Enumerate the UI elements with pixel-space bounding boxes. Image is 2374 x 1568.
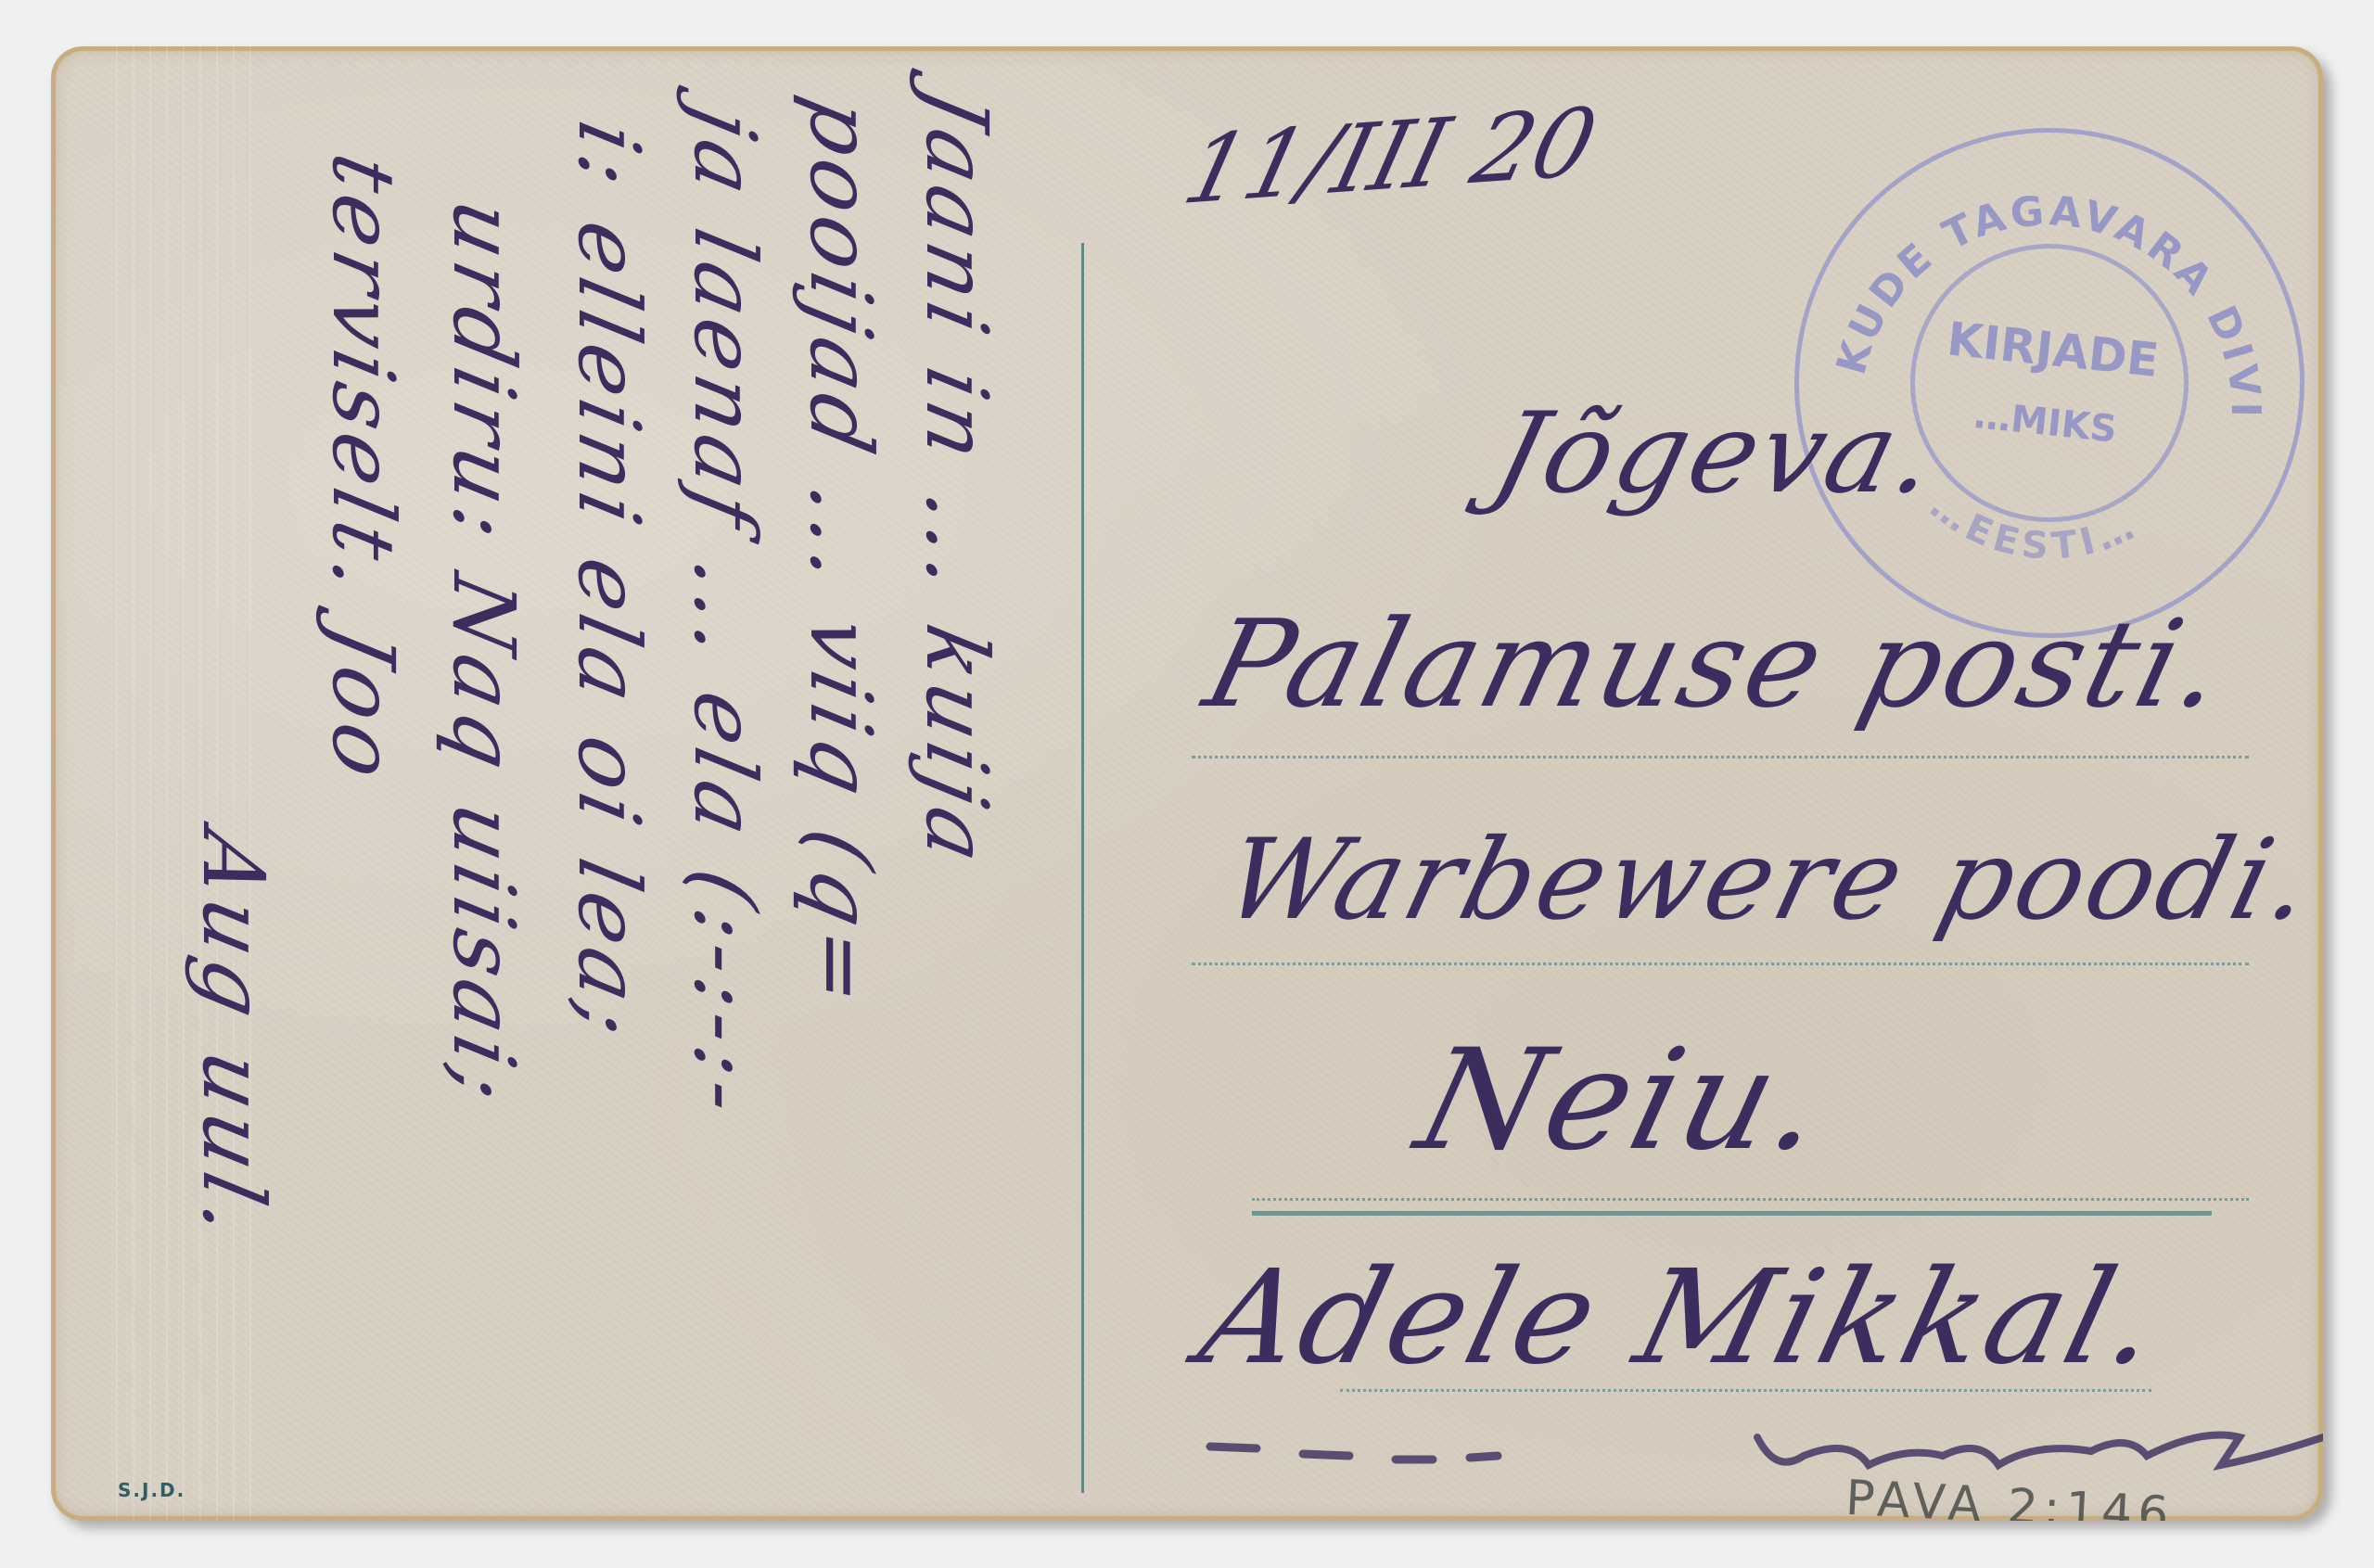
address-dotted-line-1 <box>1192 756 2249 759</box>
address-line-1: Jõgeva. <box>1482 389 1953 518</box>
address-line-2: Palamuse posti. <box>1193 593 2241 734</box>
address-line-4: Neiu. <box>1403 1020 1844 1181</box>
address-solid-line <box>1252 1211 2212 1216</box>
date-text: 11/III 20 <box>1174 87 1607 226</box>
message-column-3: ja laenaf ... ela (:-:-:- <box>675 99 774 1128</box>
message-column-5: urdiru: Naq uiisai; <box>434 192 533 1115</box>
underline-flourish <box>1201 1382 2323 1493</box>
message-column-6: terviselt. Joo <box>313 146 413 793</box>
message-column-1: Jaani in ... kuija <box>907 81 1006 876</box>
paper-crease <box>116 46 255 1521</box>
printer-mark: S.J.D. <box>118 1479 185 1501</box>
address-dotted-line-3 <box>1252 1198 2249 1201</box>
address-line-5: Adele Mikkal. <box>1187 1243 2178 1394</box>
postcard-back: Jaani in ... kuija pooijad ... viiq (q= … <box>51 46 2323 1521</box>
address-dotted-line-2 <box>1192 962 2249 965</box>
message-column-2: pooijad ... viiq (q= <box>791 90 890 1018</box>
message-column-7: Aug uul. <box>184 822 283 1251</box>
center-divider-line <box>1081 243 1084 1493</box>
message-column-4: i: elleini ela oi lea; <box>559 113 658 1051</box>
postmark-stamp: POLKUDE TAGAVARA DIVISJ… …EESTI… KIRJADE… <box>1769 103 2323 663</box>
address-line-3: Warbewere poodi. <box>1213 816 2323 945</box>
